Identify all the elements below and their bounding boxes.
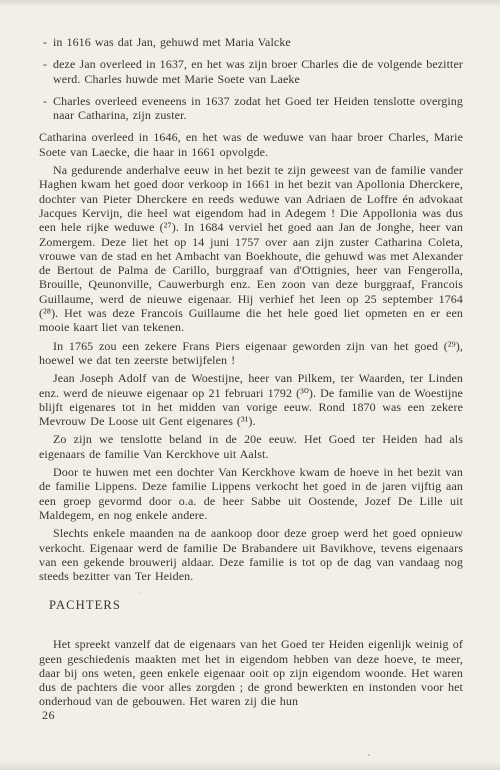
scan-speck [140, 592, 142, 593]
bullet-text: deze Jan overleed in 1637, en het was zi… [53, 57, 463, 85]
dash-marker: - [43, 94, 47, 108]
bullet-text: Charles overleed eveneens in 1637 zodat … [53, 94, 463, 122]
main-text-block: - in 1616 was dat Jan, gehuwd met Maria … [39, 35, 463, 587]
scan-speck [368, 754, 370, 756]
paragraph: Catharina overleed in 1646, en het was d… [39, 130, 463, 159]
paragraph: Slechts enkele maanden na de aankoop doo… [39, 526, 463, 583]
page-number: 26 [42, 708, 55, 723]
scan-edge-top [0, 0, 500, 7]
owner-bullet-list: - in 1616 was dat Jan, gehuwd met Maria … [39, 35, 463, 122]
paragraph: Zo zijn we tenslotte beland in de 20e ee… [39, 432, 463, 461]
list-item: - in 1616 was dat Jan, gehuwd met Maria … [39, 35, 463, 49]
section-heading: PACHTERS [49, 598, 463, 612]
paragraph: Het spreekt vanzelf dat de eigenaars van… [39, 637, 463, 708]
list-item: - deze Jan overleed in 1637, en het was … [39, 57, 463, 86]
paragraph: Jean Joseph Adolf van de Woestijne, heer… [39, 371, 463, 428]
pachters-section: PACHTERS Het spreekt vanzelf dat de eige… [39, 598, 463, 713]
list-item: - Charles overleed eveneens in 1637 zoda… [39, 94, 463, 123]
scanned-book-page: - in 1616 was dat Jan, gehuwd met Maria … [0, 0, 500, 770]
paragraph: Na gedurende anderhalve eeuw in het bezi… [39, 163, 463, 335]
paragraph: In 1765 zou een zekere Frans Piers eigen… [39, 339, 463, 368]
scan-edge-bottom [0, 761, 500, 770]
dash-marker: - [43, 35, 47, 49]
paragraph: Door te huwen met een dochter Van Kerckh… [39, 465, 463, 522]
bullet-text: in 1616 was dat Jan, gehuwd met Maria Va… [53, 35, 291, 49]
dash-marker: - [43, 57, 47, 71]
